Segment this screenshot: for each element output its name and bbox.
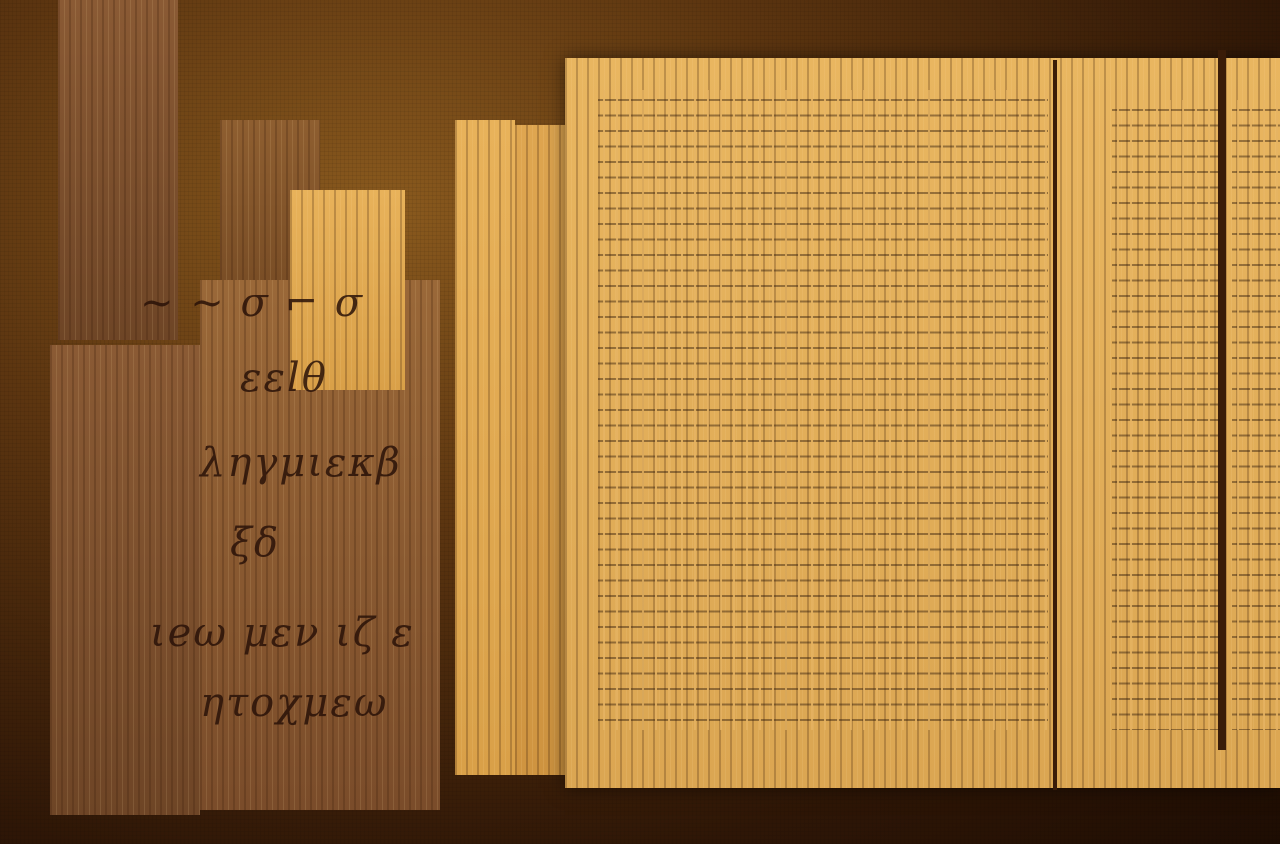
- text-column-3: [1232, 100, 1280, 730]
- left-bottom-fragment: [50, 345, 200, 815]
- cursive-writing: ~ ∼ σ ⌐ σ: [140, 280, 364, 326]
- narrow-strip-2: [515, 125, 565, 775]
- cursive-writing: εεlθ: [240, 355, 328, 401]
- cursive-writing: ητοχμεω: [200, 680, 389, 726]
- cursive-writing: ιeω μεν ιζ ε: [150, 610, 415, 656]
- narrow-strip-1: [455, 120, 515, 775]
- scroll-joint: [1053, 60, 1057, 790]
- text-column-1: [598, 90, 1048, 730]
- cursive-writing: ληγμιεκβ: [200, 440, 402, 486]
- text-column-2: [1112, 100, 1220, 730]
- cursive-writing: ξδ: [230, 520, 280, 566]
